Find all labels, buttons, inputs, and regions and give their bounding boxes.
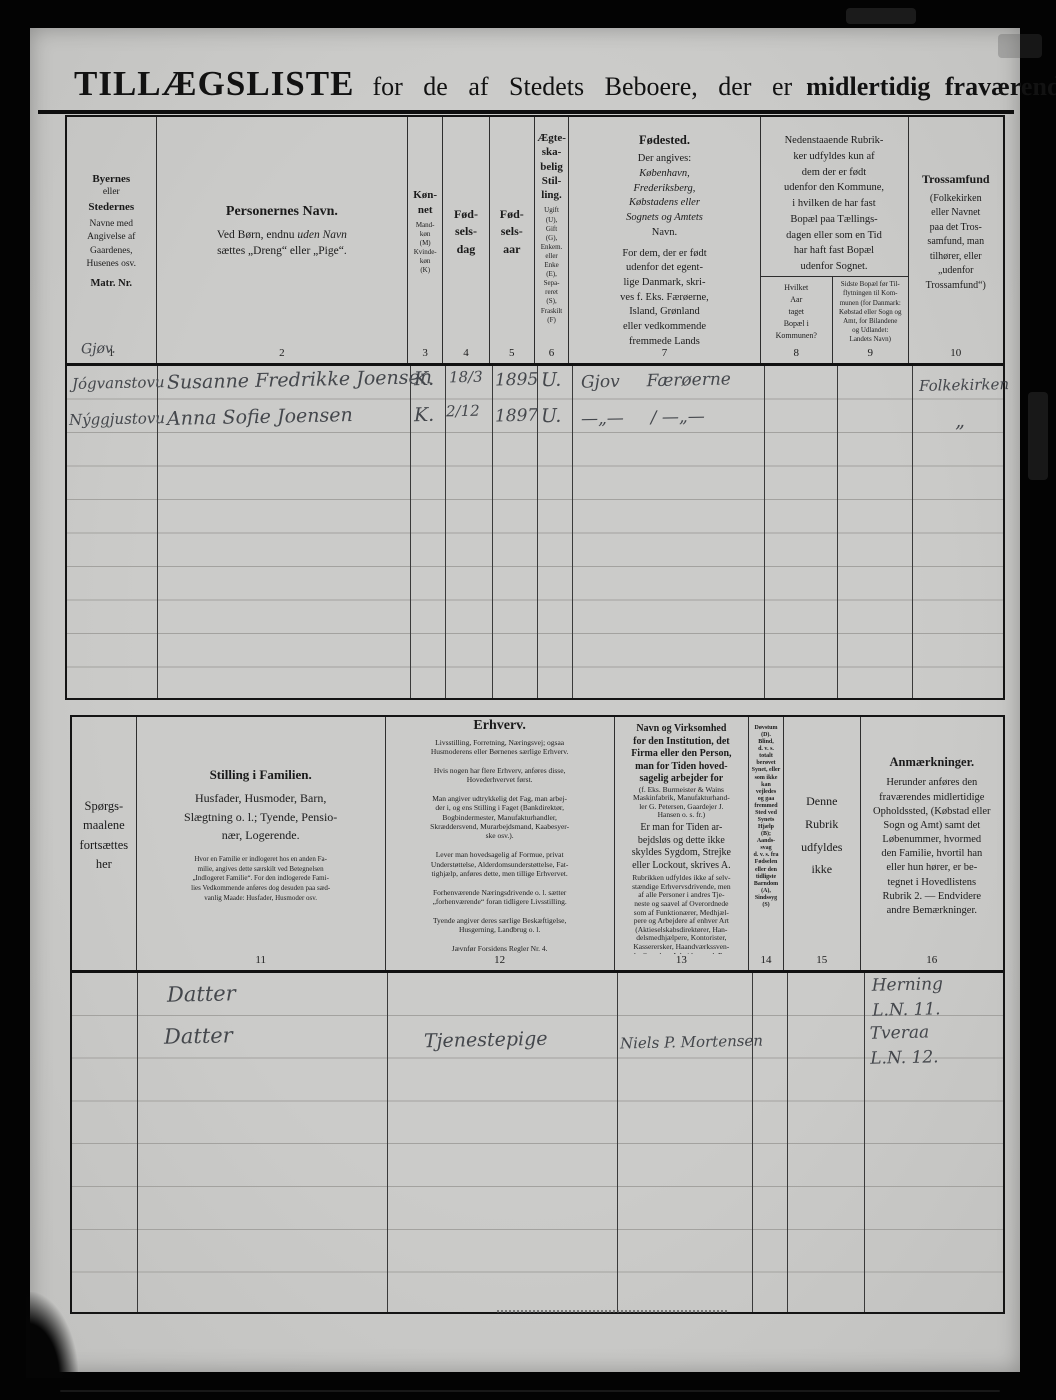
col13-fine2: Rubrikken udfyldes ikke af selv- stændig… — [632, 874, 731, 954]
col14-number: 14 — [749, 954, 783, 970]
col14-header-disabilities: Døvstum (D). Blind, d. v. s. totalt berø… — [749, 717, 784, 970]
col1-subtext: Navne med Angivelse af Gaardenes, Husene… — [87, 218, 137, 271]
col16-number: 16 — [861, 954, 1003, 970]
row2-remarks: Tveraa L.N. 12. — [869, 1020, 938, 1071]
row2-religion: „ — [955, 410, 965, 434]
scan-artifact — [60, 1390, 1000, 1392]
scan-artifact — [846, 8, 916, 24]
col11-subtext: Husfader, Husmoder, Barn, Slægtning o. l… — [184, 789, 337, 845]
row2-birthyear: 1897 — [495, 406, 539, 428]
column-rule — [912, 366, 913, 698]
col10-header-religion: Trossamfund (Folkekirken eller Navnet pa… — [909, 117, 1004, 363]
col13-p2: Er man for Tiden ar- bejdsløs og dette i… — [632, 822, 731, 872]
upper-table: Byernes eller Stedernes Navne med Angive… — [65, 115, 1005, 700]
col15-header-not-filled: Denne Rubrik udfyldes ikke 15 — [784, 717, 861, 970]
column-rule — [837, 366, 838, 698]
scan-artifact — [1028, 392, 1048, 480]
col16-header-remarks: Anmærkninger. Herunder anføres den fravæ… — [861, 717, 1003, 970]
col2-header-name: Personernes Navn. Ved Børn, endnu uden N… — [157, 117, 409, 363]
row2-marital: U. — [541, 405, 562, 429]
title-middle: for de af Stedets Beboere, der er — [372, 72, 792, 101]
col11-number: 11 — [137, 954, 385, 970]
column-rule — [387, 973, 388, 1312]
col6-header-marital: Ægte- ska- belig Stil- ling. Ugift (U), … — [535, 117, 570, 363]
col12-fineprint: Livsstilling, Forretning, Næringsvej; og… — [430, 738, 569, 954]
row1-name: Susanne Fredrikke Joensen — [167, 366, 432, 395]
scan-shadow-bottom-left — [26, 1292, 78, 1378]
col5-header-birthyear: Fød- sels- aar 5 — [490, 117, 535, 363]
row2-birthplace: —„— / —„— — [581, 407, 705, 431]
col10-subtext: (Folkekirken eller Navnet paa det Tros- … — [926, 192, 986, 294]
row1-marital: U. — [541, 369, 562, 393]
row2-name: Anna Sofie Joensen — [167, 404, 353, 432]
row2-sex: K. — [414, 404, 435, 428]
scan-artifact — [998, 34, 1042, 58]
col9-text: Sidste Bopæl før Til- flytningen til Kom… — [839, 280, 901, 344]
col12-number: 12 — [386, 954, 614, 970]
col2-subtext: Ved Børn, endnu uden Navn sættes „Dreng“… — [217, 228, 347, 259]
title-tail: midlertidig fraværende. — [806, 72, 1056, 101]
col2-number: 2 — [157, 347, 408, 363]
column-rule — [137, 973, 138, 1312]
col3-header-sex: Køn- net Mand- køn (M) Kvinde- køn (K) 3 — [408, 117, 443, 363]
paper-page: TILLÆGSLISTE for de af Stedets Beboere, … — [30, 28, 1020, 1372]
col7-p1b: København, Frederiksberg, Købstadens ell… — [626, 167, 703, 226]
col3-number: 3 — [408, 347, 442, 363]
col2-title: Personernes Navn. — [226, 204, 338, 220]
col15-text: Denne Rubrik udfyldes ikke — [801, 790, 842, 881]
col4-number: 4 — [443, 347, 489, 363]
col1-eller: eller — [103, 186, 120, 199]
col14-fineprint: Døvstum (D). Blind, d. v. s. totalt berø… — [751, 725, 781, 909]
col4-header-birthday: Fød- sels- dag 4 — [443, 117, 490, 363]
col7-header-birthplace: Fødested. Der angives: København, Freder… — [569, 117, 760, 363]
column-rule — [492, 366, 493, 698]
row2-occupation: Tjenestepige — [424, 1028, 548, 1054]
col1-title2: Stedernes — [88, 200, 134, 214]
row1-sex: K. — [414, 368, 435, 392]
col13-header-employer: Navn og Virksomhed for den Institution, … — [615, 717, 749, 970]
col7-title: Fødested. — [639, 131, 690, 150]
printer-mark-illegible — [497, 1310, 727, 1313]
col10-number: 10 — [909, 347, 1004, 363]
col1-title: Byernes — [92, 172, 130, 186]
col3-subtext: Mand- køn (M) Kvinde- køn (K) — [414, 221, 437, 276]
col2-sub1: Ved Børn, endnu — [217, 229, 298, 241]
row1-birthplace: Gjov Færøerne — [581, 369, 731, 393]
col6-title: Ægte- ska- belig Stil- ling. — [537, 131, 566, 202]
col16-body: Herunder anføres den fraværendes midlert… — [873, 776, 991, 918]
lower-table-data-area: Datter Herning L.N. 11. Datter Tjenestep… — [72, 970, 1003, 1312]
upper-table-header: Byernes eller Stedernes Navne med Angive… — [67, 117, 1003, 363]
lower-table: Spørgs- maalene fortsættes her Stilling … — [70, 715, 1005, 1314]
row2-birthday: 2/12 — [446, 402, 480, 421]
row1-position: Datter — [167, 980, 236, 1008]
column-rule — [572, 366, 573, 698]
col9-header-last-residence: Sidste Bopæl før Til- flytningen til Kom… — [833, 277, 907, 363]
col4-title: Fød- sels- dag — [454, 206, 478, 258]
title-rule — [38, 110, 1014, 114]
col13-fine1: (f. Eks. Burmeister & Wains Maskinfabrik… — [633, 786, 730, 821]
continuation-label-cell: Spørgs- maalene fortsættes her — [72, 717, 137, 970]
col12-header-occupation: Erhverv. Livsstilling, Forretning, Nærin… — [386, 717, 615, 970]
row1-birthyear: 1895 — [495, 370, 539, 392]
column-rule — [617, 973, 618, 1312]
col2-sub-italic: uden Navn — [297, 229, 347, 241]
col7-p1c: Navn. — [652, 226, 677, 241]
col1-header-place: Byernes eller Stedernes Navne med Angive… — [67, 117, 157, 363]
column-rule — [764, 366, 765, 698]
upper-table-data-area: Jógvanstovu Susanne Fredrikke Joensen K.… — [67, 363, 1003, 698]
col7-p1a: Der angives: — [638, 152, 691, 167]
col16-title: Anmærkninger. — [889, 753, 974, 772]
col1-matrnr: Matr. Nr. — [91, 277, 133, 292]
col9-number: 9 — [833, 347, 907, 363]
row1-place: Jógvanstovu — [72, 373, 165, 394]
row1-birthday: 18/3 — [449, 368, 483, 387]
col13-number: 13 — [615, 954, 748, 970]
column-rule — [864, 973, 865, 1312]
col6-number: 6 — [535, 347, 569, 363]
title-lead: TILLÆGSLISTE — [74, 64, 354, 103]
col7-number: 7 — [569, 347, 759, 363]
col13-p1: Navn og Virksomhed for den Institution, … — [631, 723, 731, 786]
row1-religion: Folkekirken — [919, 375, 1009, 396]
col8-9-group-header: Nedenstaaende Rubrik- ker udfyldes kun a… — [761, 117, 909, 363]
col3-title: Køn- net — [413, 188, 437, 217]
continuation-label: Spørgs- maalene fortsættes her — [80, 797, 129, 875]
column-rule — [787, 973, 788, 1312]
col11-header-family-position: Stilling i Familien. Husfader, Husmoder,… — [137, 717, 386, 970]
scanned-census-sheet: TILLÆGSLISTE for de af Stedets Beboere, … — [0, 0, 1056, 1400]
handwritten-place-annotation: Gjøv. — [81, 341, 116, 359]
col2-sub2: sættes „Dreng“ eller „Pige“. — [217, 245, 347, 257]
row2-position: Datter — [164, 1022, 233, 1050]
row2-place: Nýggjustovu — [69, 409, 165, 430]
row2-employer: Niels P. Mortensen — [620, 1032, 763, 1054]
col5-title: Fød- sels- aar — [500, 206, 524, 258]
lower-table-header: Spørgs- maalene fortsættes her Stilling … — [72, 717, 1003, 970]
left-col-number-empty — [72, 954, 136, 970]
column-rule — [410, 366, 411, 698]
column-rule — [752, 973, 753, 1312]
col15-number: 15 — [784, 954, 860, 970]
col10-title: Trossamfund — [922, 171, 990, 188]
col8-header-year-moved: Hvilket Aar taget Bopæl i Kommunen? 8 — [761, 277, 834, 363]
group89-text: Nedenstaaende Rubrik- ker udfyldes kun a… — [761, 117, 908, 277]
col5-number: 5 — [490, 347, 534, 363]
col7-p2: For dem, der er født udenfor det egent- … — [620, 247, 709, 348]
col6-subtext: Ugift (U), Gift (G), Enkem. eller Enke (… — [541, 206, 563, 324]
col8-number: 8 — [761, 347, 833, 363]
col8-text: Hvilket Aar taget Bopæl i Kommunen? — [776, 282, 817, 342]
row1-remarks: Herning L.N. 11. — [871, 972, 943, 1023]
col12-title: Erhverv. — [473, 718, 526, 734]
page-title: TILLÆGSLISTE for de af Stedets Beboere, … — [74, 64, 1020, 104]
col11-fineprint: Hvor en Familie er indlogeret hos en and… — [191, 855, 330, 904]
col11-title: Stilling i Familien. — [210, 767, 312, 783]
